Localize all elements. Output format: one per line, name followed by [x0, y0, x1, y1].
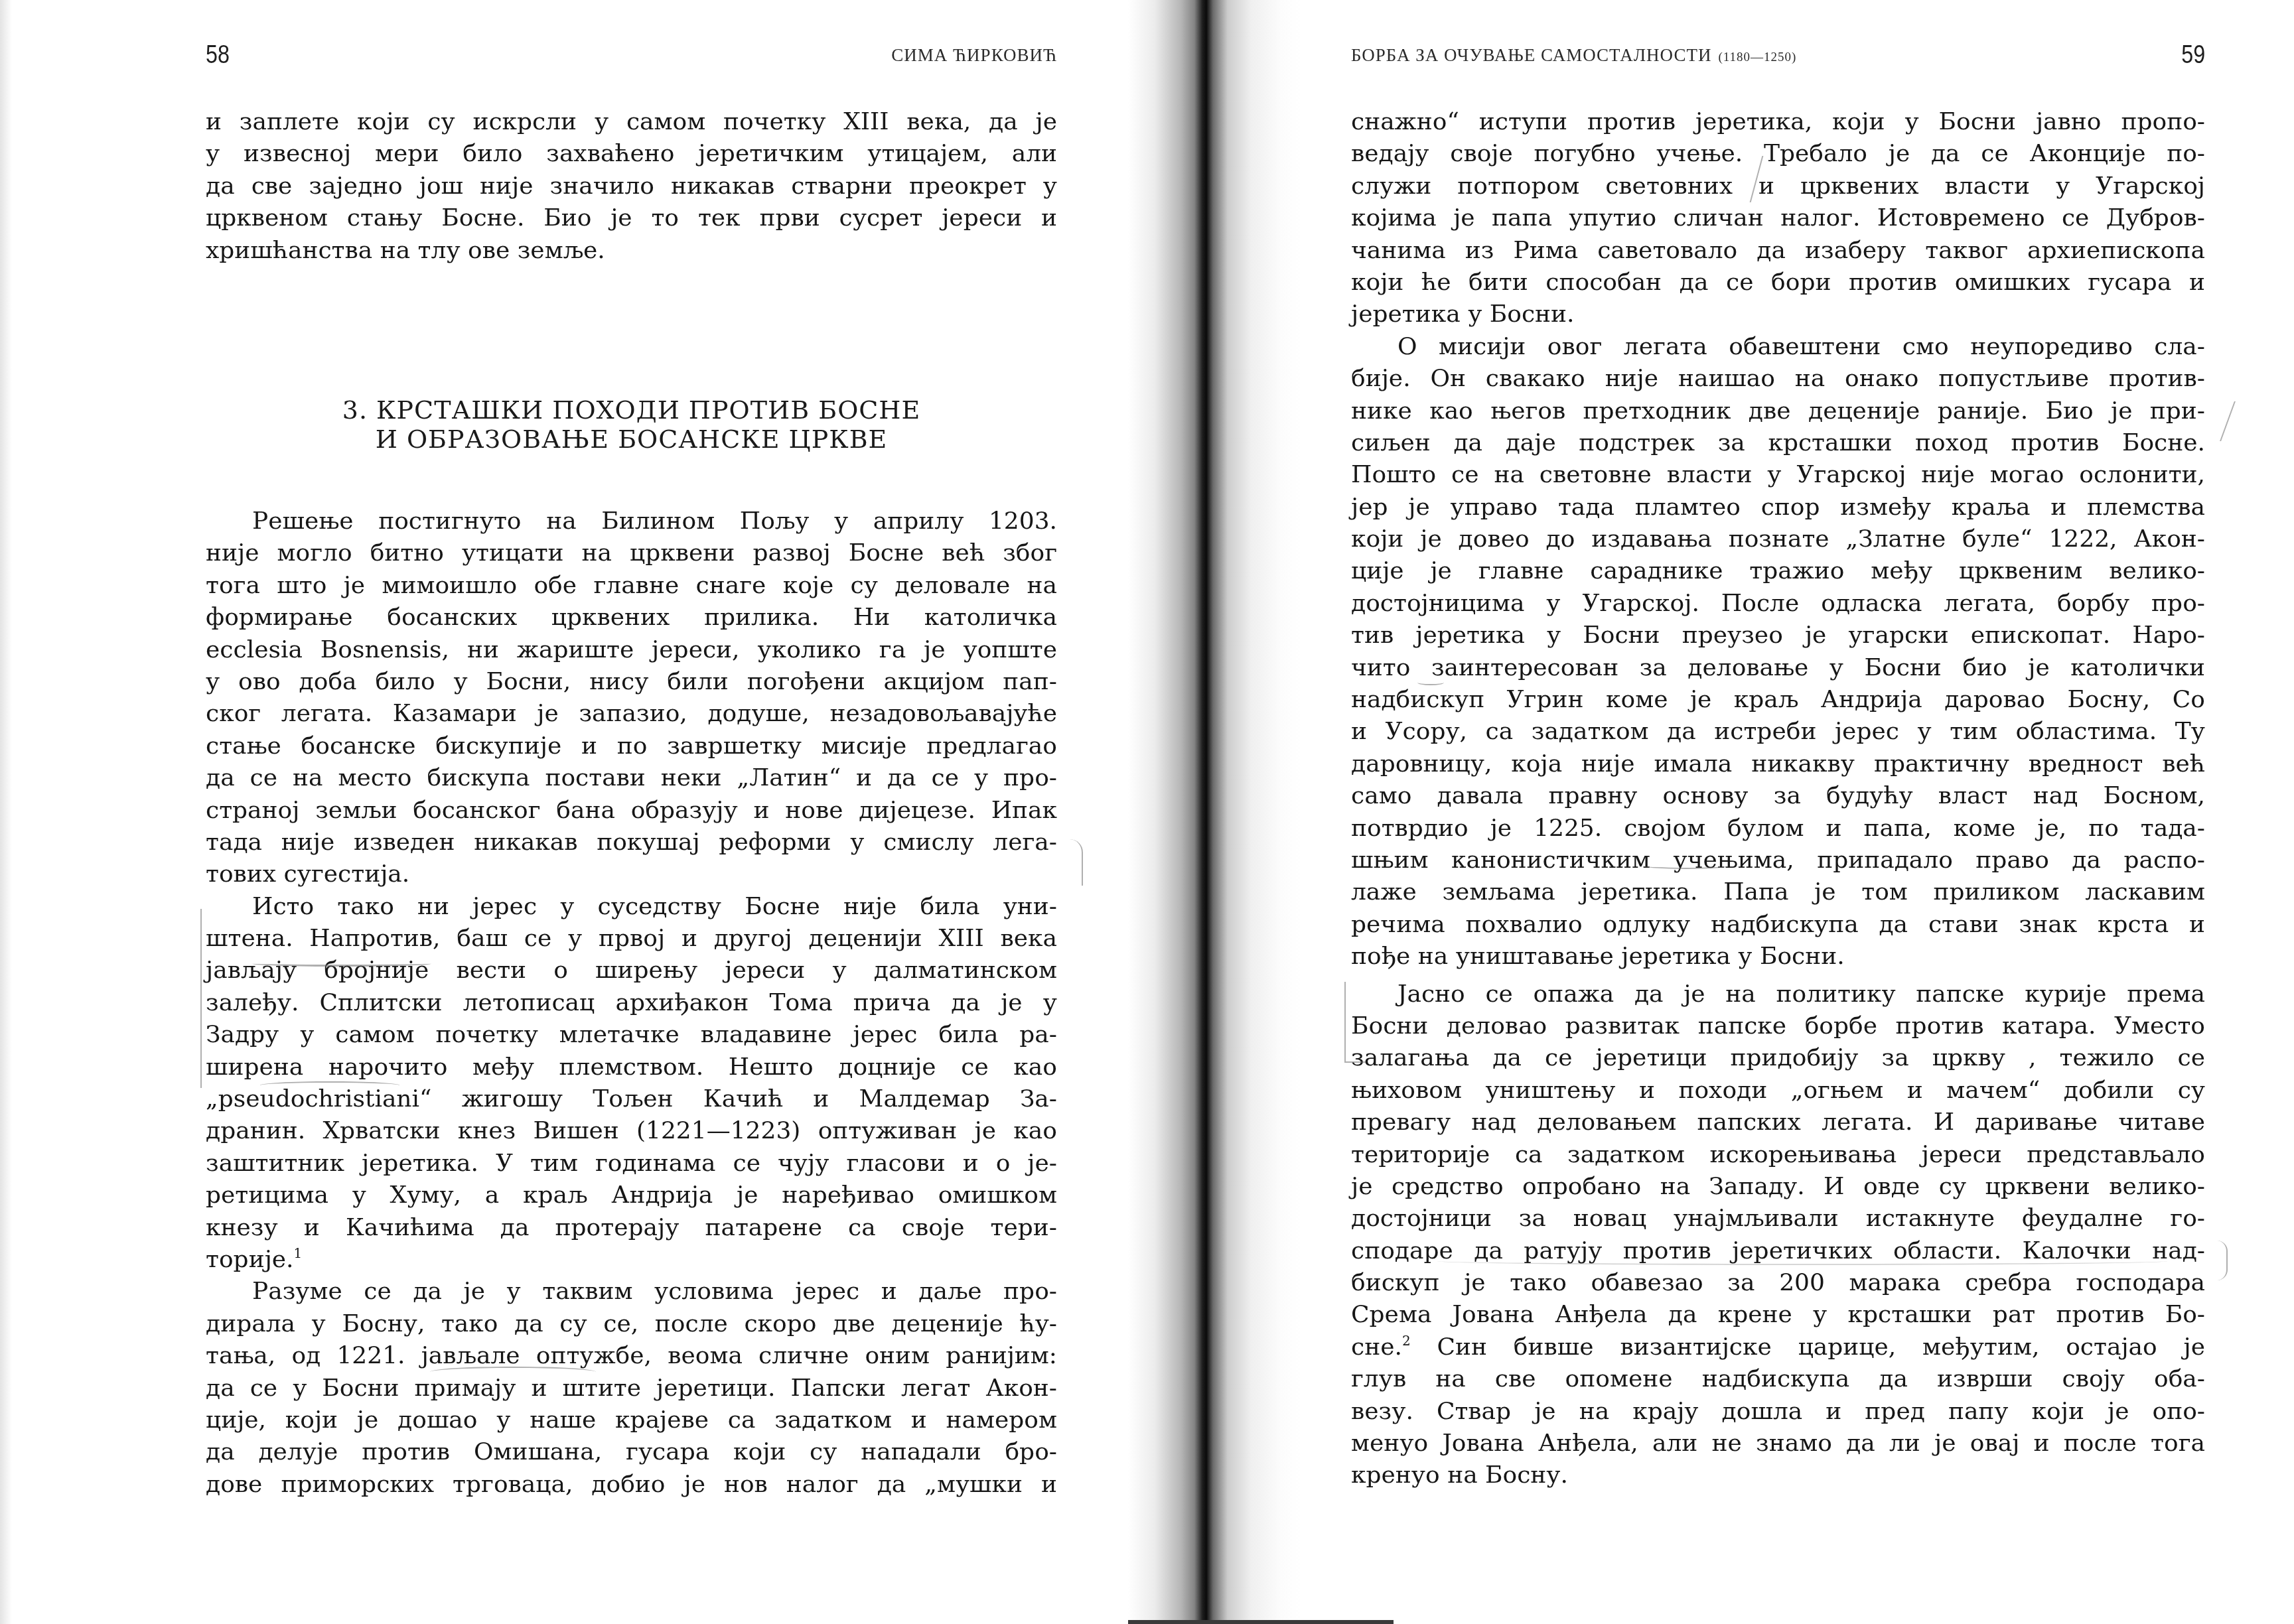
- text-line: којима је папа упутио сличан налог. Исто…: [1351, 202, 2205, 234]
- text-line: кренуо на Босну.: [1351, 1459, 2205, 1491]
- text-line: глув на све опомене надбискупа да изврши…: [1351, 1363, 2205, 1395]
- text-line: њиховом уништењу и походи „огњем и мачем…: [1351, 1075, 2205, 1107]
- running-head-title: БОРБА ЗА ОЧУВАЊЕ САМОСТАЛНОСТИ: [1351, 45, 1711, 65]
- text-line: дове приморских трговаца, добио је нов н…: [206, 1469, 1057, 1501]
- text-line: бије. Он свакако није наишао на онако по…: [1351, 363, 2205, 395]
- page-number: 58: [206, 41, 230, 70]
- text-line: црквеном стању Босне. Био је то тек први…: [206, 202, 1057, 234]
- text-line: везу. Ствар је на крају дошла и пред пап…: [1351, 1396, 2205, 1428]
- text-line: речима похвалио одлуку надбискупа да ста…: [1351, 909, 2205, 941]
- section-heading-line: И ОБРАЗОВАЊЕ БОСАНСКЕ ЦРКВЕ: [206, 425, 1057, 454]
- text-line: сне.2 Син бивше византијске царице, међу…: [1351, 1331, 2205, 1363]
- text-line: ције, који је дошао у наше крајеве са за…: [206, 1404, 1057, 1436]
- text-line: Исто тако ни јерес у суседству Босне ниј…: [206, 891, 1057, 923]
- text-line: сподаре да ратују против јеретичких обла…: [1351, 1235, 2205, 1267]
- running-head-years: (1180—1250): [1718, 50, 1796, 64]
- pencil-margin-bracket: [1068, 839, 1083, 886]
- text-line: да све заједно још није значило никакав …: [206, 170, 1057, 202]
- text-line: „pseudochristiani“ жигошу Тољен Качић и …: [206, 1083, 1057, 1115]
- left-running-head: 58 СИМА ЋИРКОВИЋ: [206, 41, 1057, 74]
- text-line: страној земљи босанског бана образују и …: [206, 795, 1057, 827]
- text-line: само давала правну основу за будућу влас…: [1351, 780, 2205, 812]
- section-heading: 3. КРСТАШКИ ПОХОДИ ПРОТИВ БОСНЕ И ОБРАЗО…: [206, 395, 1057, 454]
- text-line: Задру у самом почетку млетачке владавине…: [206, 1019, 1057, 1051]
- footnote-marker: 1: [294, 1245, 303, 1261]
- pencil-margin-bracket: [2217, 1241, 2228, 1280]
- text-line: Решење постигнуто на Билином Пољу у апри…: [206, 506, 1057, 537]
- text-line: пође на уништавање јеретика у Босни.: [1351, 941, 2205, 973]
- text-line-content: сне.: [1351, 1333, 1402, 1361]
- text-line: снажно“ иступи против јеретика, који у Б…: [1351, 106, 2205, 138]
- text-line: служи потпором световних и црквених влас…: [1351, 170, 2205, 202]
- text-line: тив јеретика у Босни преузео је угарски …: [1351, 620, 2205, 651]
- text-line: чанима из Рима саветовало да изаберу так…: [1351, 235, 2205, 267]
- footnote-marker: 2: [1402, 1333, 1411, 1349]
- text-line: ретицима у Хуму, а краљ Андрија је наређ…: [206, 1180, 1057, 1211]
- book-spread: 58 СИМА ЋИРКОВИЋ и заплете који су искрс…: [0, 0, 2294, 1624]
- text-line: јер је управо тада пламтео спор између к…: [1351, 492, 2205, 523]
- text-line-content: торије.: [206, 1246, 294, 1273]
- paragraph: Решење постигнуто на Билином Пољу у апри…: [206, 506, 1057, 1501]
- text-line: није могло битно утицати на црквени разв…: [206, 537, 1057, 569]
- text-line: тања, од 1221. јављале оптужбе, веома сл…: [206, 1340, 1057, 1372]
- text-line: тада није изведен никакав покушај реформ…: [206, 827, 1057, 858]
- pencil-checkmark: [2206, 401, 2236, 441]
- text-line: ског легата. Казамари је запазио, додуше…: [206, 698, 1057, 730]
- text-line: дранин. Хрватски кнез Вишен (1221—1223) …: [206, 1115, 1057, 1147]
- text-line: и Усору, са задатком да истреби јерес у …: [1351, 716, 2205, 748]
- text-line: превагу над деловањем папских легата. И …: [1351, 1107, 2205, 1138]
- text-line: ширена нарочито међу племством. Нешто до…: [206, 1051, 1057, 1083]
- running-head-chapter: БОРБА ЗА ОЧУВАЊЕ САМОСТАЛНОСТИ(1180—1250…: [1351, 45, 1796, 66]
- text-line: достојницима у Угарској. После одласка л…: [1351, 588, 2205, 620]
- paragraph: снажно“ иступи против јеретика, који у Б…: [1351, 106, 2205, 1492]
- text-line: да се на место бискупа постави неки „Лат…: [206, 762, 1057, 794]
- text-line: залеђу. Сплитски летописац архиђакон Том…: [206, 987, 1057, 1019]
- text-line: територије са задатком искорењивања јере…: [1351, 1139, 2205, 1171]
- text-line: да се у Босни примају и штите јеретици. …: [206, 1373, 1057, 1404]
- text-line: шњим канонистичким учењима, припадало пр…: [1351, 845, 2205, 876]
- pencil-margin-line: [200, 909, 202, 1088]
- text-line: бискуп је тако обавезао за 200 марака ср…: [1351, 1267, 2205, 1299]
- text-line: у извесној мери било захваћено јеретички…: [206, 138, 1057, 170]
- text-line: заштитник јеретика. У тим годинама се чу…: [206, 1148, 1057, 1180]
- text-line: тога што је мимоишло обе главне снаге ко…: [206, 570, 1057, 602]
- text-line: залагања да се јеретици придобију за црк…: [1351, 1042, 2205, 1074]
- text-line-content: Син бивше византијске царице, међутим, о…: [1411, 1333, 2205, 1361]
- text-line: сиљен да даје подстрек за крсташки поход…: [1351, 427, 2205, 459]
- page-number: 59: [2181, 41, 2205, 70]
- text-line: у ово доба било у Босни, нису били погођ…: [206, 666, 1057, 698]
- text-line: кнезу и Качићима да протерају патарене с…: [206, 1212, 1057, 1244]
- text-line: Разуме се да је у таквим условима јерес …: [206, 1276, 1057, 1308]
- text-line: чито заинтересован за деловање у Босни б…: [1351, 652, 2205, 684]
- text-line: јеретика у Босни.: [1351, 299, 2205, 330]
- running-head-author: СИМА ЋИРКОВИЋ: [891, 45, 1057, 66]
- text-line: формирање босанских црквених прилика. Ни…: [206, 602, 1057, 634]
- text-line: надбискуп Угрин коме је краљ Андрија дар…: [1351, 684, 2205, 716]
- text-line: дирала у Босну, тако да су се, после ско…: [206, 1308, 1057, 1340]
- text-line: ecclesia Bosnensis, ни жариште јереси, у…: [206, 634, 1057, 666]
- page-edge-shadow: [0, 0, 12, 1624]
- section-heading-line: 3. КРСТАШКИ ПОХОДИ ПРОТИВ БОСНЕ: [206, 395, 1057, 425]
- text-line: је средство опробано на Западу. И овде с…: [1351, 1171, 2205, 1203]
- text-line: торије.1: [206, 1244, 1057, 1276]
- opening-paragraph: и заплете који су искрсли у самом почетк…: [206, 106, 1057, 267]
- text-line: О мисији овог легата обавештени смо неуп…: [1351, 331, 2205, 363]
- text-line: који је довео до издавања познате „Златн…: [1351, 523, 2205, 555]
- text-line: и заплете који су искрсли у самом почетк…: [206, 106, 1057, 138]
- text-line: тових сугестија.: [206, 858, 1057, 890]
- text-line: ведају своје погубно учење. Требало је д…: [1351, 138, 2205, 170]
- text-line: Пошто се на световне власти у Угарској н…: [1351, 459, 2205, 491]
- text-line: нике као његов претходник две деценије р…: [1351, 395, 2205, 427]
- text-line: Јасно се опажа да је на политику папске …: [1351, 979, 2205, 1010]
- text-line: потврдио је 1225. својом булом и папа, к…: [1351, 813, 2205, 845]
- text-line: стање босанске бискупије и по завршетку …: [206, 730, 1057, 762]
- text-line: Босни деловао развитак папске борбе прот…: [1351, 1010, 2205, 1042]
- text-line: достојници за новац унајмљивали истакнут…: [1351, 1203, 2205, 1235]
- text-line: ције је главне сараднике тражио међу црк…: [1351, 555, 2205, 587]
- text-line: који ће бити способан да се бори против …: [1351, 267, 2205, 299]
- text-line: менуо Јована Анђела, али не знамо да ли …: [1351, 1428, 2205, 1459]
- text-line: јављају бројније вести о ширењу јереси у…: [206, 955, 1057, 986]
- text-line: Срема Јована Анђела да крене у крсташки …: [1351, 1299, 2205, 1331]
- text-line: штена. Напротив, баш се у првој и другој…: [206, 923, 1057, 955]
- text-line: лаже земљама јеретика. Папа је том прили…: [1351, 876, 2205, 908]
- left-page: 58 СИМА ЋИРКОВИЋ и заплете који су искрс…: [206, 0, 1057, 1624]
- book-gutter-spine: [1128, 0, 1327, 1624]
- text-line: да делује против Омишана, гусара који су…: [206, 1436, 1057, 1468]
- text-line: хришћанства на тлу ове земље.: [206, 235, 1057, 267]
- right-page: БОРБА ЗА ОЧУВАЊЕ САМОСТАЛНОСТИ(1180—1250…: [1351, 0, 2205, 1624]
- right-running-head: БОРБА ЗА ОЧУВАЊЕ САМОСТАЛНОСТИ(1180—1250…: [1351, 41, 2205, 74]
- text-line: даровницу, која није имала никакву практ…: [1351, 748, 2205, 780]
